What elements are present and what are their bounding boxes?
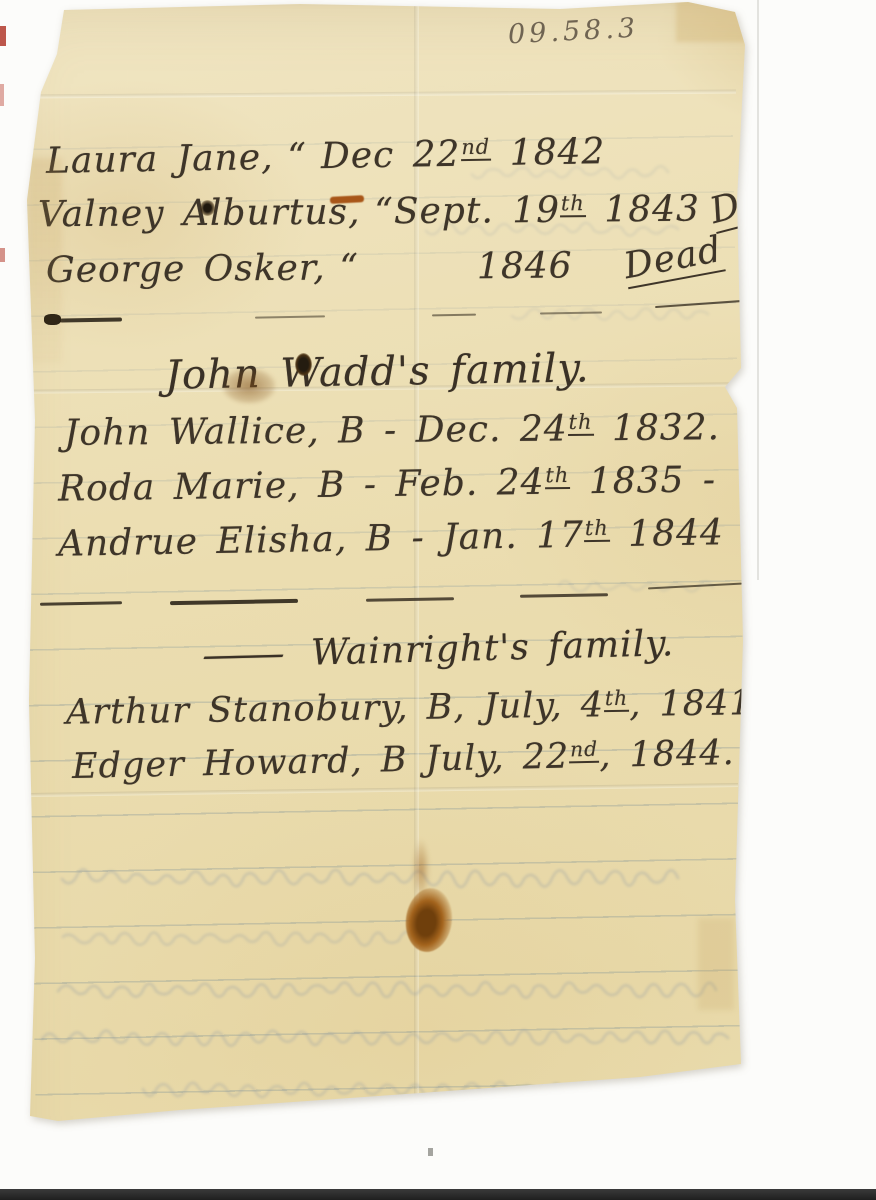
entry-valney-alburtus: Valney Alburtus,“Sept. 19th 1843Dead [38, 188, 811, 238]
entry-john-wallice: John Wallice, B - Dec. 24th 1832. [64, 407, 720, 454]
family1-heading: John Wadd's family. [165, 345, 590, 398]
entry-year: 1843 [586, 189, 700, 231]
scanner-bed-strip [0, 1189, 876, 1200]
ditto-mark: “ [287, 136, 307, 177]
paper-sheet-wrap: 09.58.3 Laura Jane,“Dec 22nd 1842 Valney… [0, 0, 876, 1200]
heading-dash: — [200, 633, 290, 676]
entry-year: 1835 - [570, 459, 716, 502]
ordinal-superscript: th [604, 686, 630, 712]
entry-year: 1846 [477, 245, 573, 287]
entry-text: Roda Marie, B - Feb. 24 [58, 462, 545, 510]
bleedthrough-stroke [500, 292, 710, 336]
bleedthrough-stroke [135, 1062, 705, 1118]
bleedthrough-stroke [60, 846, 680, 910]
entry-year: 1832. [593, 407, 720, 449]
entry-year: 1844 [609, 512, 724, 555]
red-edge-mark [0, 248, 5, 262]
ordinal-superscript: nd [569, 737, 600, 764]
entry-name: George Osker, [46, 248, 326, 291]
ditto-mark: “ [339, 247, 359, 288]
entry-text: John Wallice, B - Dec. 24 [64, 408, 568, 453]
scanner-streak [757, 0, 759, 580]
scanner-speck [428, 1148, 433, 1156]
entry-date: Sept. 19 [394, 190, 561, 232]
bleedthrough-stroke [40, 1010, 730, 1066]
entry-year: , 1844. [599, 733, 735, 776]
red-edge-mark [0, 84, 4, 106]
ordinal-superscript: nd [460, 135, 491, 162]
scanned-document: 09.58.3 Laura Jane,“Dec 22nd 1842 Valney… [0, 0, 876, 1200]
red-edge-mark [0, 26, 6, 46]
entry-year: 1842 [491, 131, 606, 174]
ordinal-superscript: th [568, 410, 594, 436]
ditto-mark: “ [374, 191, 394, 232]
paper-sheet: 09.58.3 Laura Jane,“Dec 22nd 1842 Valney… [0, 0, 876, 1200]
entry-name: Valney Alburtus, [38, 192, 361, 236]
ordinal-superscript: th [544, 463, 570, 489]
entry-text: Arthur Stanobury, B, July, 4 [66, 685, 604, 733]
entry-date: Dec 22 [321, 134, 461, 177]
entry-name: Laura Jane, [46, 137, 274, 182]
entry-george-osker: George Osker,“1846Dead [46, 244, 724, 293]
entry-year: , 1841 [629, 683, 753, 725]
bleedthrough-stroke [55, 912, 415, 964]
ordinal-superscript: th [560, 191, 586, 217]
ordinal-superscript: th [584, 516, 610, 542]
